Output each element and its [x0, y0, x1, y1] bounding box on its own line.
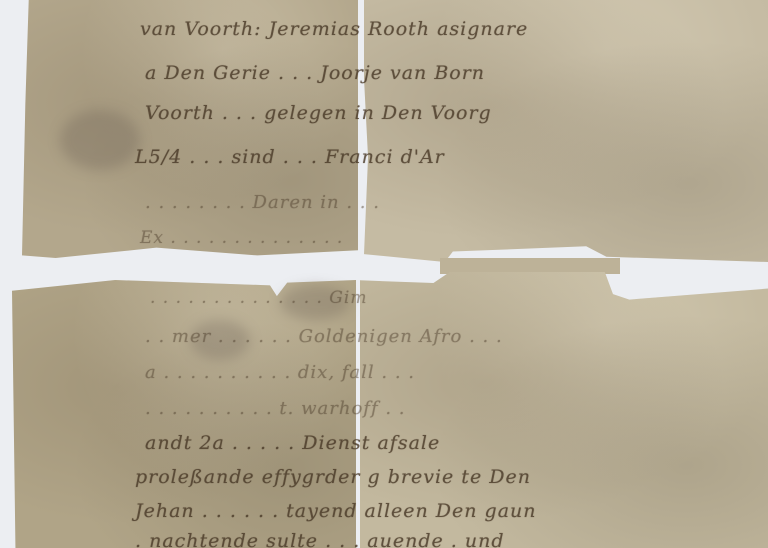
- manuscript-photo: van Voorth: Jeremias Rooth asignarea Den…: [0, 0, 768, 548]
- handwritten-line: . . mer . . . . . . Goldenigen Afro . . …: [145, 326, 503, 347]
- handwritten-line: . nachtende sulte . . . auende . und: [135, 530, 505, 548]
- handwritten-line: Ex . . . . . . . . . . . . . .: [140, 228, 343, 248]
- handwritten-line: Voorth . . . gelegen in Den Voorg: [145, 102, 492, 124]
- handwritten-line: . . . . . . . . . . t. warhoff . .: [145, 398, 406, 419]
- handwritten-line: . . . . . . . . . . . . . . Gim: [150, 288, 367, 308]
- handwritten-line: a . . . . . . . . . . dix, fall . . .: [145, 362, 415, 383]
- handwritten-line: L5/4 . . . sind . . . Franci d'Ar: [135, 146, 445, 168]
- handwritten-line: . . . . . . . . Daren in . . .: [145, 192, 380, 213]
- paper-fragment-middle-strip: [440, 258, 620, 274]
- handwritten-line: proleßande effygrder g brevie te Den: [135, 466, 531, 488]
- handwritten-line: a Den Gerie . . . Joorje van Born: [145, 62, 485, 84]
- handwritten-line: Jehan . . . . . . tayend alleen Den gaun: [135, 500, 537, 522]
- stain: [60, 110, 140, 170]
- handwritten-line: andt 2a . . . . . Dienst afsale: [145, 432, 440, 454]
- handwritten-line: van Voorth: Jeremias Rooth asignare: [140, 18, 528, 40]
